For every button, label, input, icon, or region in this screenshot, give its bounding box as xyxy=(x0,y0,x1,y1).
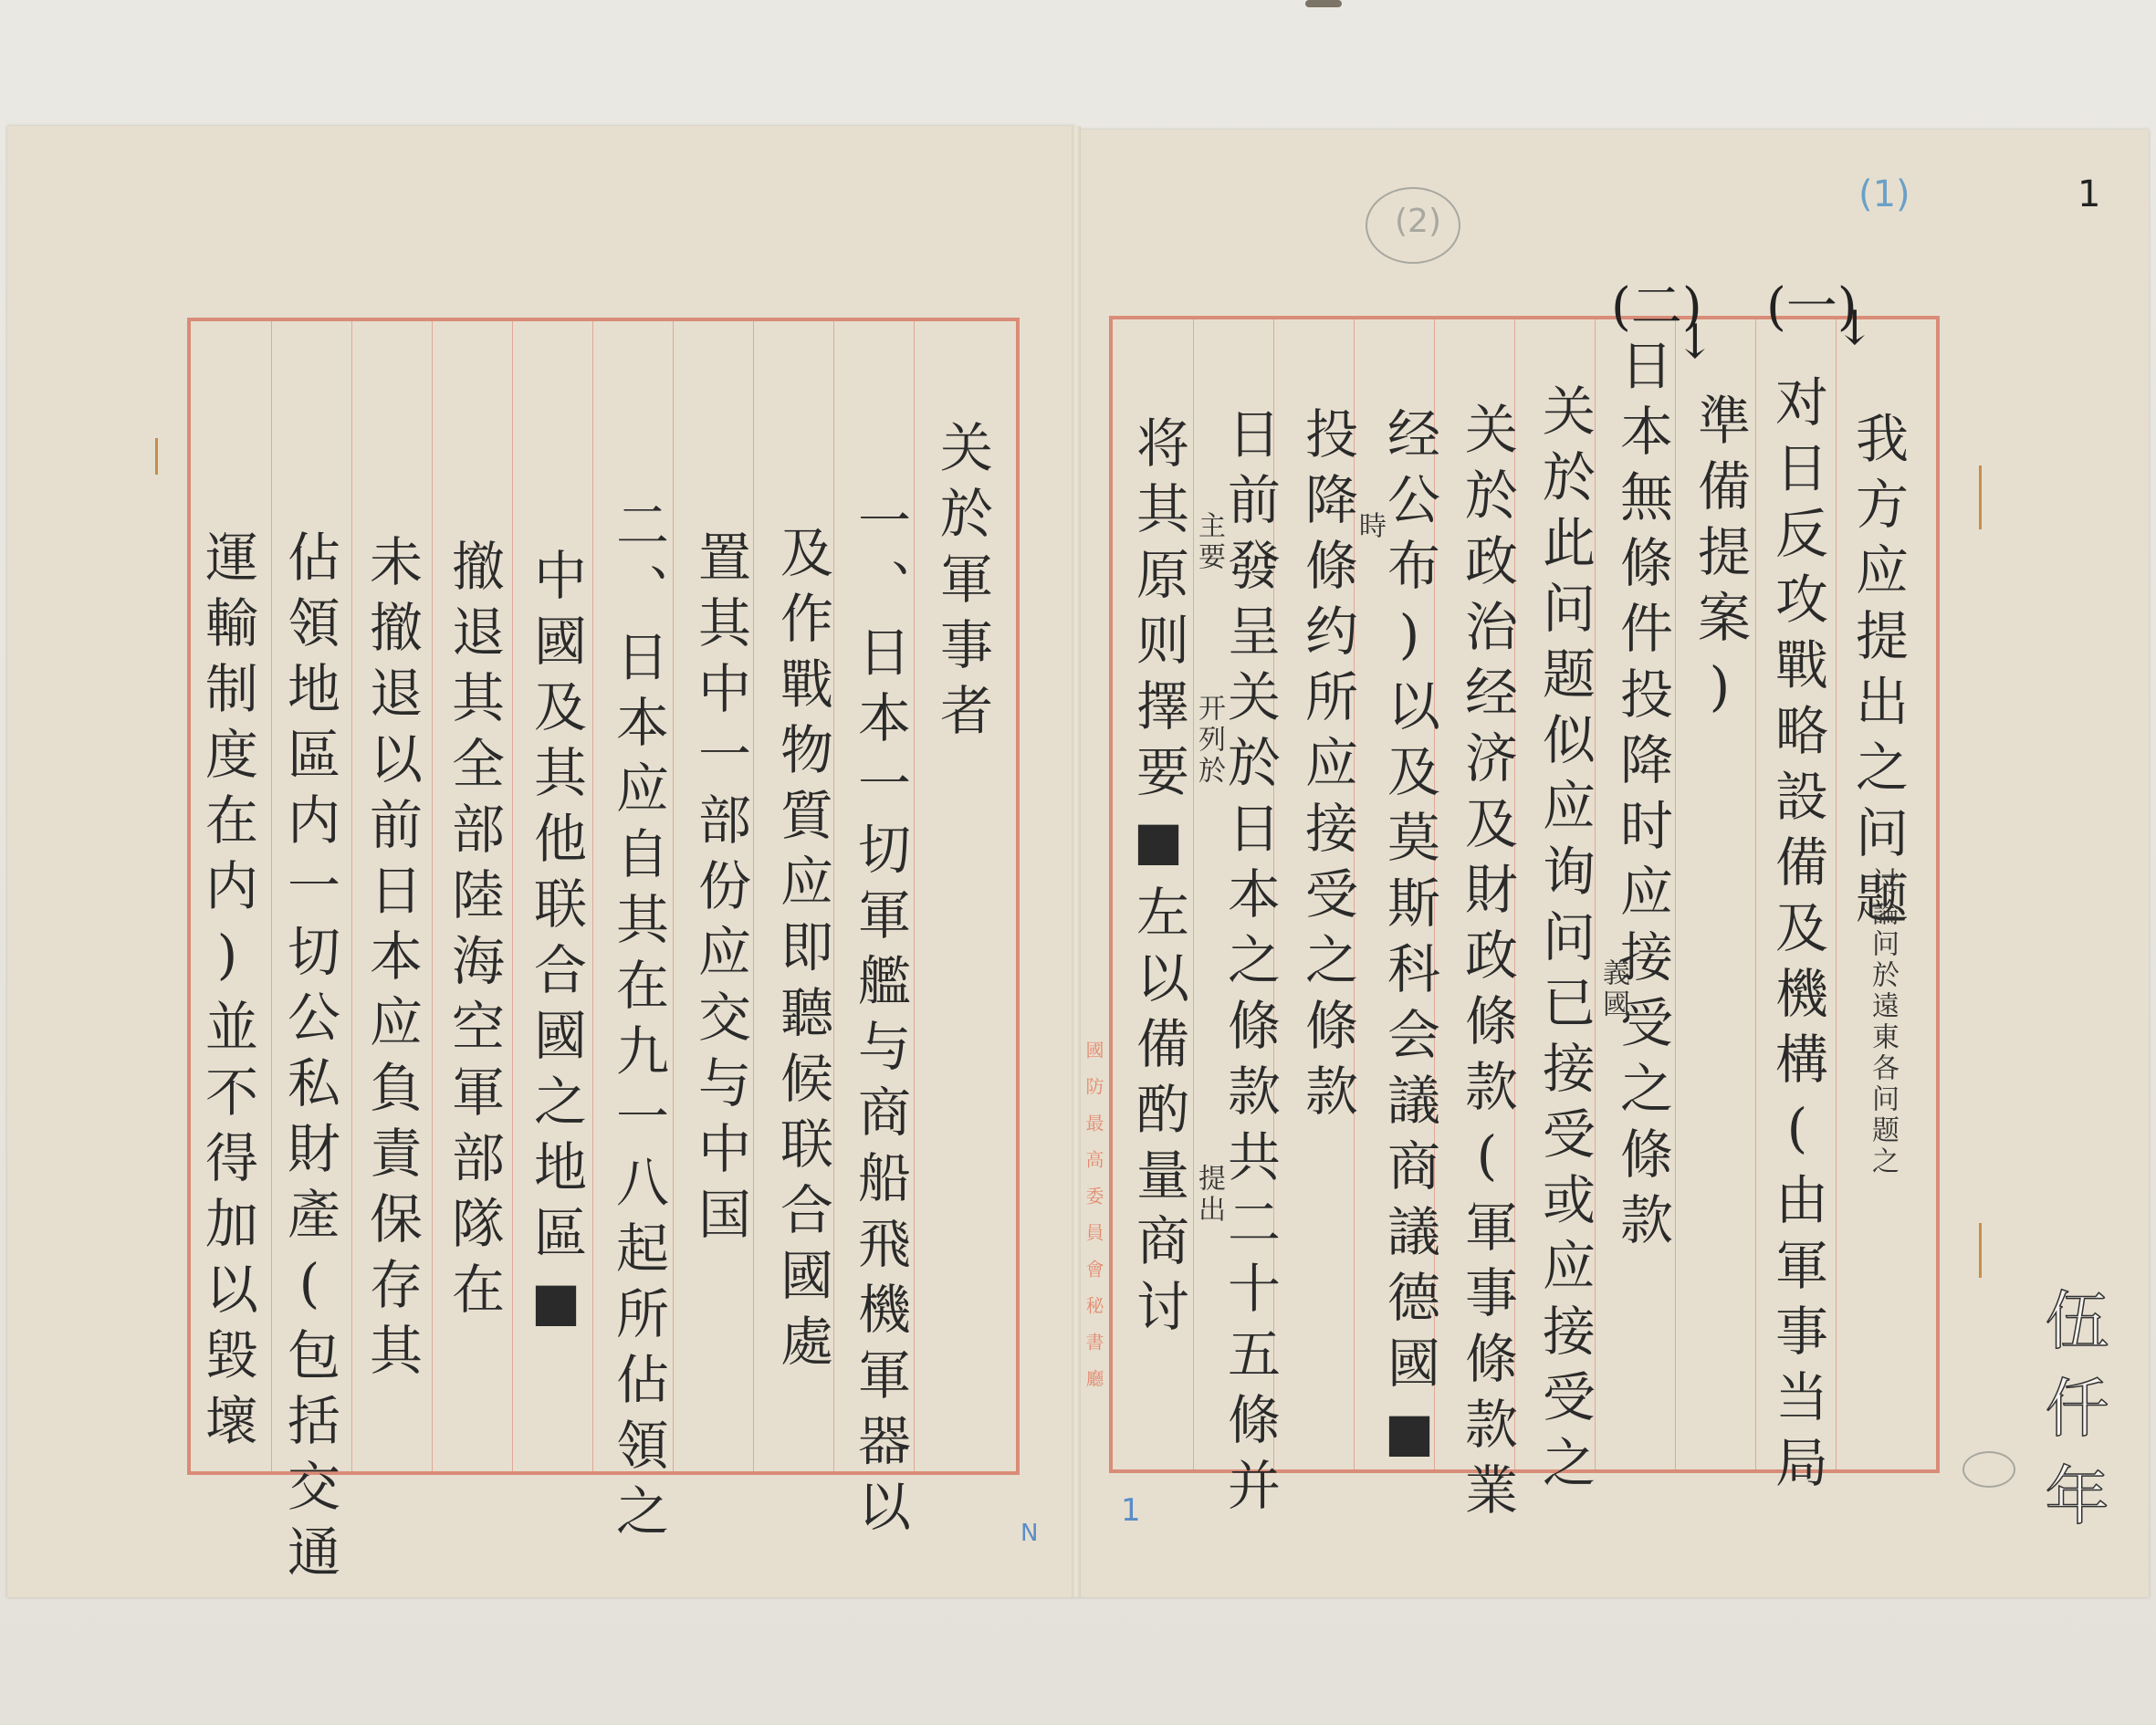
interlinear-annotation: 時 xyxy=(1349,511,1389,542)
column-rule xyxy=(592,321,593,1471)
manuscript-column-5: 关於此问题似应询问已接受或应接受之 xyxy=(1538,383,1591,1500)
manuscript-column-18: 未撤退以前日本应負責保存其 xyxy=(365,534,418,1388)
blue-pencil-number: (1) xyxy=(1858,173,1910,215)
manuscript-column-17: 撤退其全部陸海空軍部隊在 xyxy=(447,538,500,1327)
column-rule xyxy=(1675,319,1676,1469)
manuscript-column-15: 二、日本应自其在九一八起所佔領之 xyxy=(612,497,665,1549)
page-fold xyxy=(1072,126,1081,1597)
column-rule xyxy=(1193,319,1194,1469)
paper-tear xyxy=(1979,465,1982,529)
insertion-arrow-icon: ↓ xyxy=(1835,301,1875,356)
manuscript-column-20: 運輸制度在内)並不得加以毀壞 xyxy=(201,529,254,1458)
pencil-circle-mark xyxy=(1962,1451,2015,1488)
manuscript-column-9: 日前發呈关於日本之條款共二十五條并 xyxy=(1223,406,1276,1523)
manuscript-column-12: 一、日本一切軍艦与商船飛機軍器以 xyxy=(853,493,906,1544)
column-rule xyxy=(271,321,272,1471)
interlinear-annotation: 讨論问於遠東各问题之 xyxy=(1862,867,1902,1177)
paper-tear xyxy=(155,438,158,475)
manuscript-column-1: 我方应提出之问题 xyxy=(1851,411,1904,936)
interlinear-annotation: 義國 xyxy=(1593,958,1633,1020)
interlinear-annotation: 开列於 xyxy=(1188,694,1229,787)
column-rule xyxy=(432,321,433,1471)
manuscript-column-4: 日本無條件投降时应接受之條款 xyxy=(1616,338,1669,1258)
manuscript-column-14: 置其中一部份应交与中国 xyxy=(694,529,747,1252)
manuscript-column-19: 佔領地區内一切公私財產(包括交通 xyxy=(283,529,336,1590)
column-rule xyxy=(833,321,834,1471)
paper-tear xyxy=(1979,1223,1982,1278)
page-number: 1 xyxy=(2078,173,2100,215)
column-rule xyxy=(1836,319,1837,1469)
manuscript-column-11: 关於軍事者 xyxy=(936,420,989,748)
manuscript-column-2: 对日反攻戰略設備及機構(由軍事当局 xyxy=(1771,374,1824,1500)
manuscript-column-3: 準備提案) xyxy=(1693,392,1746,730)
column-rule xyxy=(753,321,754,1471)
archive-label: 伍仟年 xyxy=(2026,1287,2119,1550)
blue-pencil-mark: N xyxy=(1020,1520,1038,1547)
column-rule xyxy=(1755,319,1756,1469)
blue-pencil-mark: 1 xyxy=(1121,1492,1141,1529)
pencil-circled-number: (2) xyxy=(1395,203,1441,240)
manuscript-column-7: 经公布)以及莫斯科会議商議德國■ xyxy=(1383,406,1436,1476)
printed-side-label: 國防最高委員會秘書廳 xyxy=(1081,1040,1107,1406)
manuscript-column-16: 中國及其他联合國之地區■ xyxy=(529,548,582,1345)
column-rule xyxy=(673,321,674,1471)
manuscript-column-6: 关於政治经济及財政條款(軍事條款業 xyxy=(1460,402,1513,1528)
binding-spot xyxy=(1305,0,1342,7)
manuscript-column-8: 投降條约所应接受之條款 xyxy=(1301,406,1354,1129)
insertion-arrow-icon: ↓ xyxy=(1675,315,1715,370)
interlinear-annotation: 提出 xyxy=(1188,1164,1229,1226)
manuscript-column-10: 将其原则擇要■左以備酌量商讨 xyxy=(1132,415,1185,1344)
manuscript-column-13: 及作戰物質应即聽候联合國處 xyxy=(776,525,829,1379)
column-rule xyxy=(512,321,513,1471)
column-rule xyxy=(914,321,915,1471)
interlinear-annotation: 主要 xyxy=(1188,511,1229,573)
column-rule xyxy=(351,321,352,1471)
